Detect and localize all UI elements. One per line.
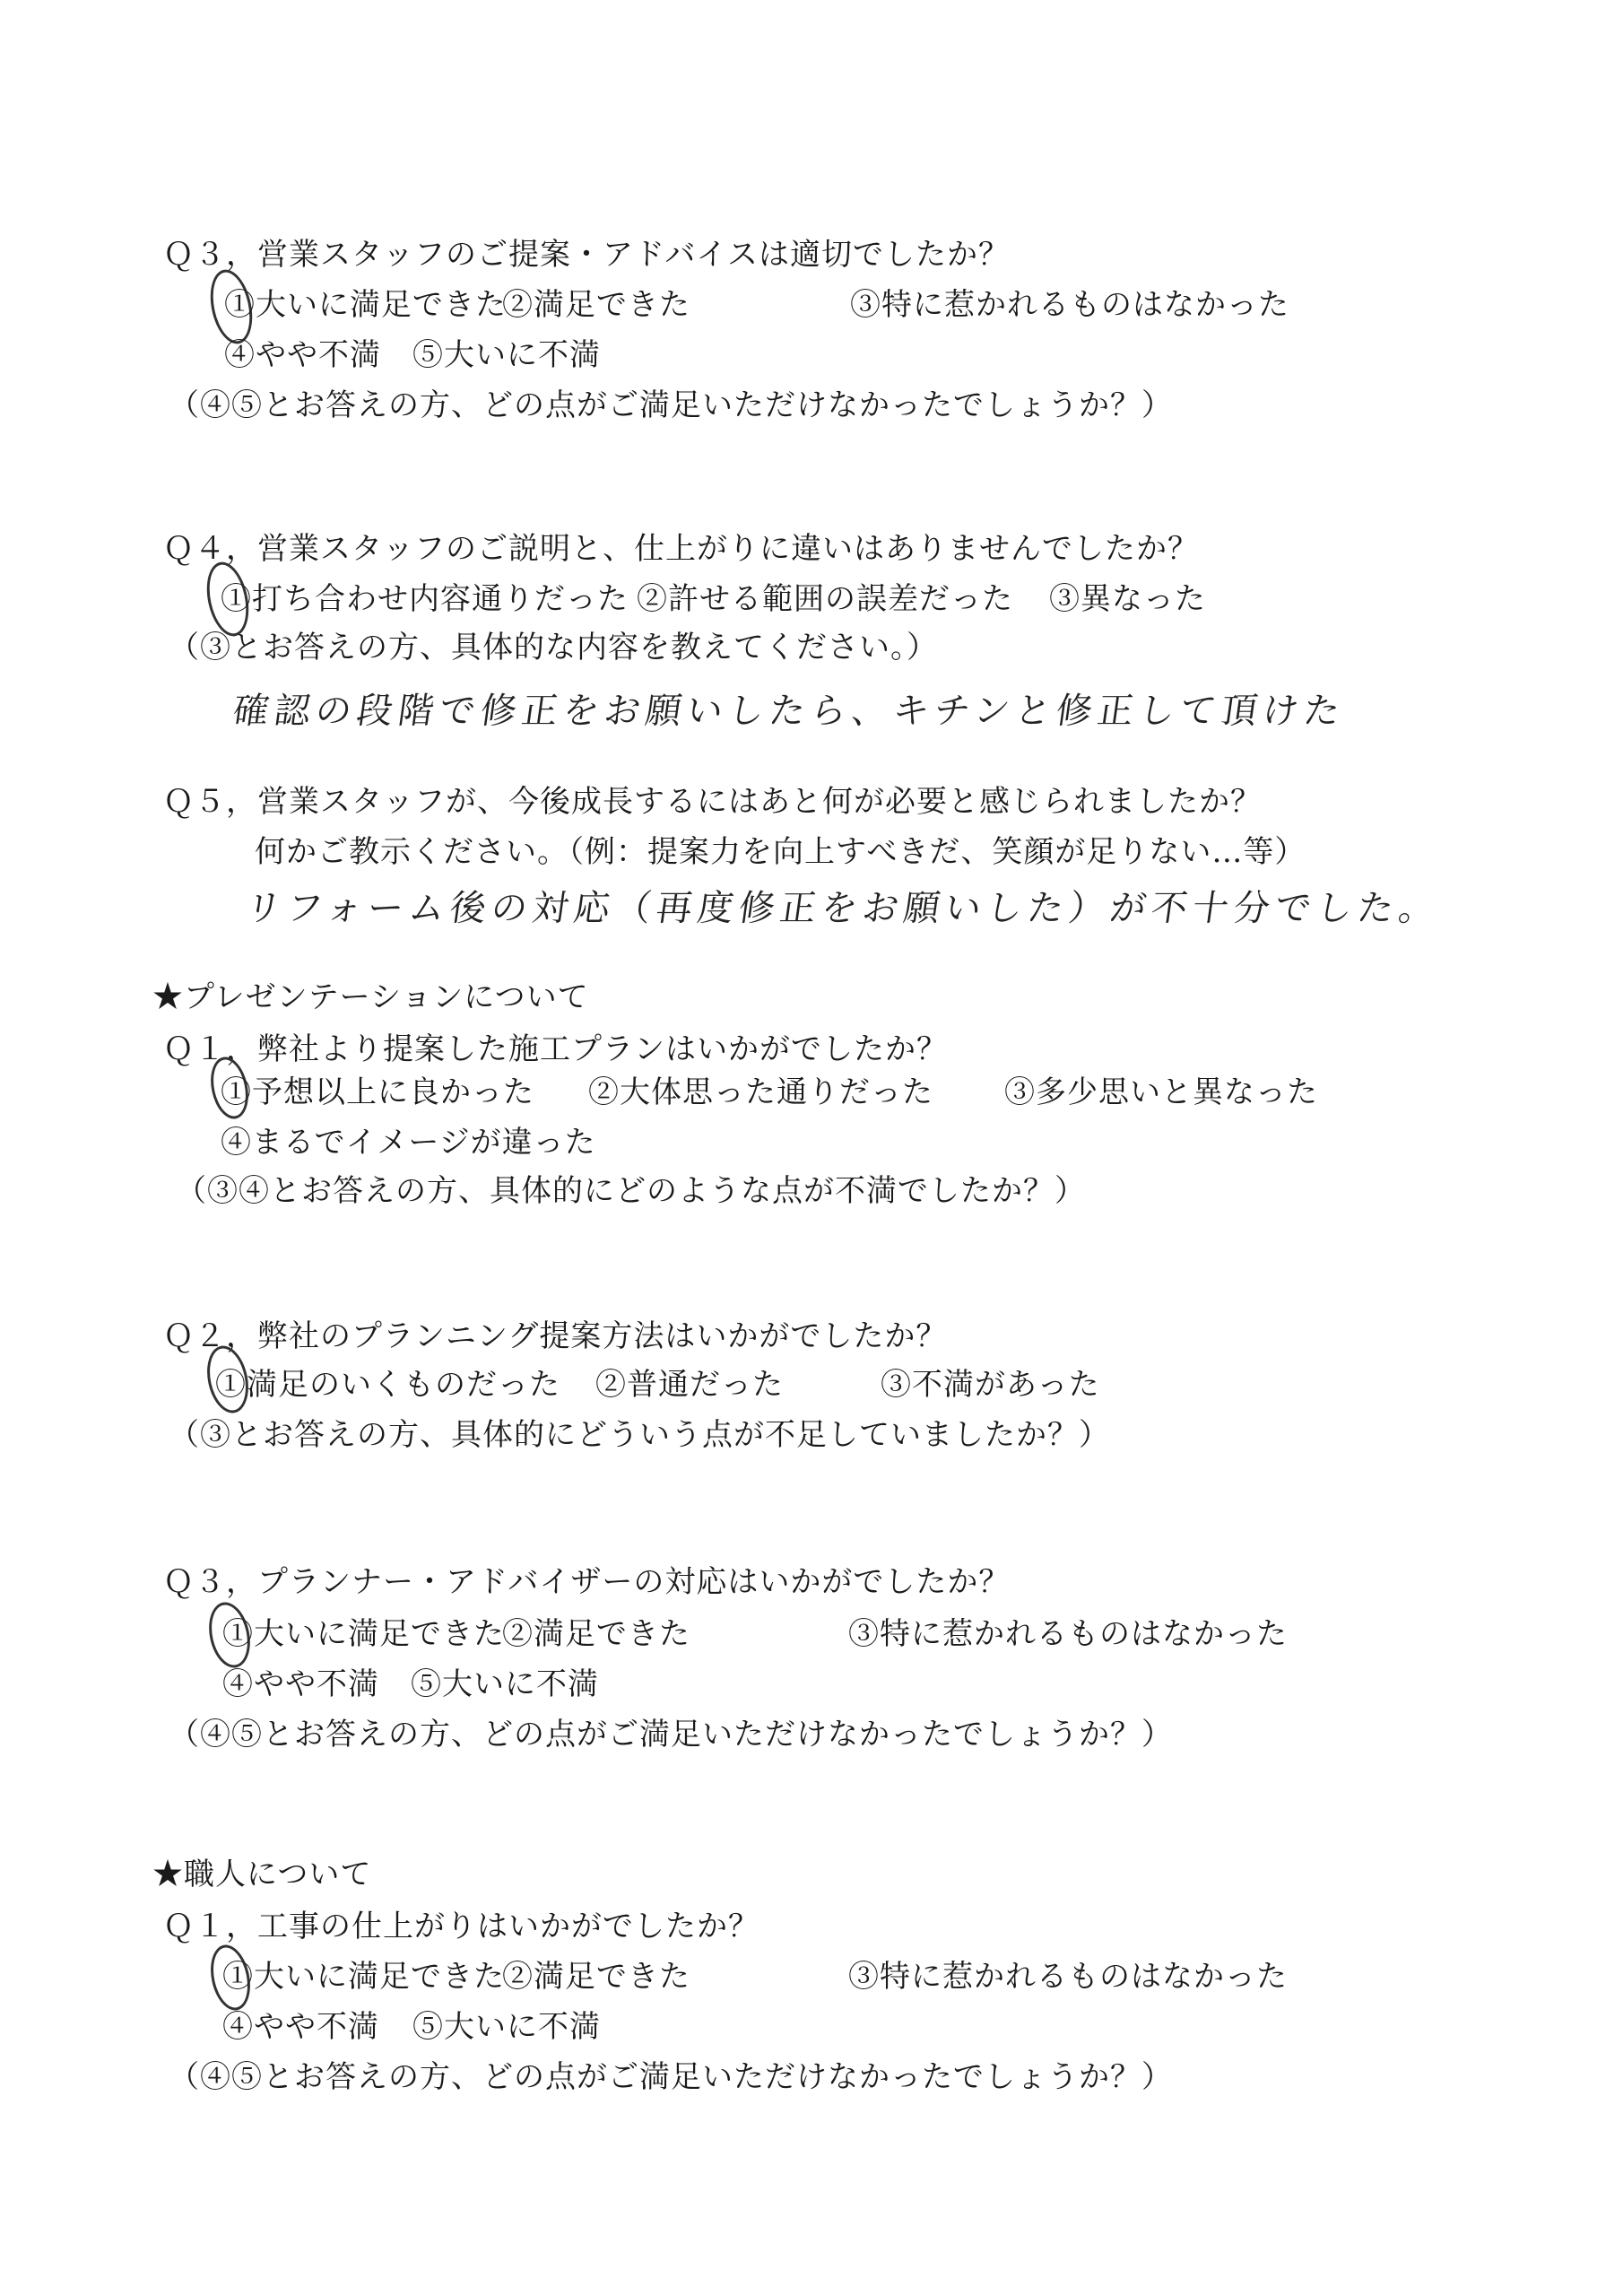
option-craftsmen-q1-4[interactable]: ④やや不満: [222, 2007, 379, 2047]
option-presentation-q2-3[interactable]: ③不満があった: [881, 1365, 1100, 1405]
option-presentation-q2-2[interactable]: ②普通だった: [595, 1365, 784, 1405]
followup-craftsmen-q1: （④⑤とお答えの方、どの点がご満足いただけなかったでしょうか？）: [169, 2057, 1173, 2097]
section-heading-presentation: ★プレゼンテーションについて: [152, 978, 589, 1017]
handwritten-answer-staff-q5: リフォーム後の対応（再度修正をお願いした）が不十分でした。: [242, 886, 1443, 931]
question-presentation-q1: Ｑ１，弊社より提案した施工プランはいかがでしたか？: [163, 1030, 948, 1069]
followup-presentation-q1: （③④とお答えの方、具体的にどのような点が不満でしたか？）: [176, 1171, 1086, 1211]
section-heading-craftsmen: ★職人について: [152, 1855, 371, 1894]
followup-staff-q4: （③とお答えの方、具体的な内容を教えてください。）: [169, 628, 938, 667]
question-staff-q3: Ｑ３，営業スタッフのご提案・アドバイスは適切でしたか？: [163, 235, 1010, 274]
option-presentation-q1-4[interactable]: ④まるでイメージが違った: [221, 1123, 596, 1162]
question-presentation-q2: Ｑ２，弊社のプランニング提案方法はいかがでしたか？: [163, 1317, 947, 1356]
option-presentation-q3-3[interactable]: ③特に惹かれるものはなかった: [848, 1614, 1288, 1654]
option-presentation-q1-3[interactable]: ③多少思いと異なった: [1004, 1073, 1318, 1112]
option-presentation-q1-2[interactable]: ②大体思った通りだった: [588, 1073, 933, 1112]
option-staff-q3-1[interactable]: ①大いに満足できた: [224, 285, 507, 325]
question-staff-q5: Ｑ５，営業スタッフが、今後成長するにはあと何が必要と感じられましたか？: [163, 782, 1262, 822]
option-staff-q4-2[interactable]: ②許せる範囲の誤差だった: [637, 579, 1013, 619]
option-presentation-q1-1[interactable]: ①予想以上に良かった: [221, 1073, 534, 1112]
option-presentation-q3-4[interactable]: ④やや不満: [222, 1665, 379, 1704]
option-presentation-q3-5[interactable]: ⑤大いに不満: [411, 1665, 599, 1704]
handwritten-answer-staff-q4: 確認の段階で修正をお願いしたら、キチンと修正して頂けた: [230, 689, 1348, 734]
followup-presentation-q2: （③とお答えの方、具体的にどういう点が不足していましたか？）: [169, 1415, 1110, 1455]
option-staff-q4-3[interactable]: ③異なった: [1049, 579, 1206, 619]
question-craftsmen-q1: Ｑ１，工事の仕上がりはいかがでしたか？: [163, 1907, 759, 1946]
option-staff-q4-1[interactable]: ①打ち合わせ内容通りだった: [221, 579, 629, 619]
followup-presentation-q3: （④⑤とお答えの方、どの点がご満足いただけなかったでしょうか？）: [169, 1715, 1173, 1754]
question-staff-q5-detail: 何かご教示ください。（例：提案力を向上すべきだ、笑顔が足りない…等）: [255, 832, 1306, 872]
followup-staff-q3: （④⑤とお答えの方、どの点がご満足いただけなかったでしょうか？）: [169, 386, 1173, 425]
question-presentation-q3: Ｑ３，プランナー・アドバイザーの対応はいかがでしたか？: [163, 1562, 1010, 1602]
question-staff-q4: Ｑ４，営業スタッフのご説明と、仕上がりに違いはありませんでしたか？: [163, 529, 1199, 569]
option-craftsmen-q1-5[interactable]: ⑤大いに不満: [412, 2007, 601, 2047]
option-craftsmen-q1-3[interactable]: ③特に惹かれるものはなかった: [848, 1957, 1288, 1996]
option-staff-q3-3[interactable]: ③特に惹かれるものはなかった: [850, 285, 1289, 325]
option-presentation-q3-1[interactable]: ①大いに満足できた: [222, 1614, 505, 1654]
option-staff-q3-4[interactable]: ④やや不満: [224, 335, 381, 375]
option-craftsmen-q1-1[interactable]: ①大いに満足できた: [222, 1957, 505, 1996]
option-craftsmen-q1-2[interactable]: ②満足できた: [502, 1957, 690, 1996]
option-presentation-q3-2[interactable]: ②満足できた: [502, 1614, 690, 1654]
option-staff-q3-2[interactable]: ②満足できた: [502, 285, 690, 325]
option-staff-q3-5[interactable]: ⑤大いに不満: [412, 335, 601, 375]
option-presentation-q2-1[interactable]: ①満足のいくものだった: [215, 1365, 560, 1405]
